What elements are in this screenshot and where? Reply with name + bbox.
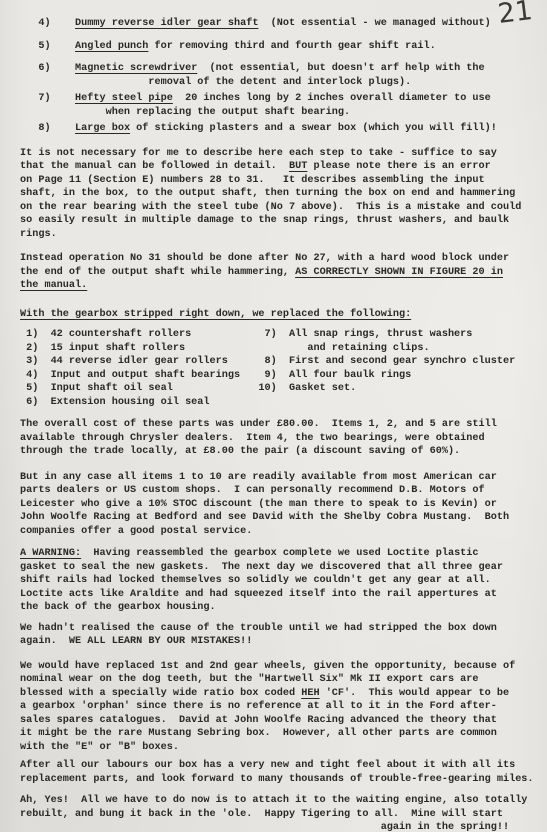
text-segment: through the trade locally, at £8.00 the …: [20, 446, 460, 457]
text-segment: Having reassembled the gearbox complete …: [81, 548, 478, 559]
text-line: It is not necessary for me to describe h…: [20, 147, 547, 161]
text-segment: nominal wear on the dog teeth, but the "…: [20, 674, 479, 685]
text-line: 5) Input shaft oil seal 10) Gasket set.: [20, 382, 547, 396]
paragraph-closing: Ah, Yes! All we have to do now is to att…: [20, 794, 547, 832]
text-segment: replacement parts, and look forward to m…: [20, 774, 534, 785]
text-segment: 1) 42 countershaft rollers 7) All snap r…: [20, 329, 472, 340]
text-segment: again in the spring!!: [20, 822, 509, 832]
text-segment: We hadn't realised the cause of the trou…: [20, 623, 497, 634]
text-segment: companies offer a good postal service.: [20, 526, 252, 537]
text-line: again in the spring!!: [20, 821, 547, 832]
text-segment: gasket to seal the new gaskets. The next…: [20, 562, 503, 573]
text-line: 5) Angled punch for removing third and f…: [20, 40, 547, 54]
text-segment: Loctite acts like Araldite and had squee…: [20, 589, 497, 600]
text-line: removal of the detent and interlock plug…: [20, 76, 547, 90]
section-heading-replaced: With the gearbox stripped right down, we…: [20, 308, 547, 322]
text-segment: a gearbox 'orphan' since there is no ref…: [20, 701, 497, 712]
text-segment: for removing third and fourth gear shift…: [148, 41, 435, 52]
text-segment: 8): [20, 123, 75, 134]
text-line: With the gearbox stripped right down, we…: [20, 308, 547, 322]
text-segment: parts dealers or US custom shops. I can …: [20, 485, 485, 496]
text-segment: It is not necessary for me to describe h…: [20, 148, 497, 159]
text-segment: 5) Input shaft oil seal 10) Gasket set.: [20, 383, 356, 394]
text-segment: 6) Extension housing oil seal: [20, 397, 210, 408]
text-line: the back of the gearbox housing.: [20, 601, 547, 615]
text-line: gasket to seal the new gaskets. The next…: [20, 561, 547, 575]
text-line: 8) Large box of sticking plasters and a …: [20, 122, 547, 136]
handwritten-page-number: 21: [496, 0, 534, 30]
text-line: rebuilt, and bung it back in the 'ole. H…: [20, 808, 547, 822]
text-segment: 7): [20, 93, 75, 104]
text-segment: After all our labours our box has a very…: [20, 760, 515, 771]
tools-list: 4) Dummy reverse idler gear shaft (Not e…: [20, 17, 547, 136]
text-line: sales spares catalogues. David at John W…: [20, 714, 547, 728]
text-segment: rings.: [20, 229, 57, 240]
text-segment: 2) 15 input shaft rollers and retaining …: [20, 343, 430, 354]
text-line: Loctite acts like Araldite and had squee…: [20, 588, 547, 602]
text-segment: of sticking plasters and a swear box (wh…: [130, 123, 497, 134]
text-line: We hadn't realised the cause of the trou…: [20, 622, 547, 636]
text-line: replacement parts, and look forward to m…: [20, 773, 547, 787]
paragraph-labours: After all our labours our box has a very…: [20, 759, 547, 786]
text-segment: (not essential, but doesn't arf help wit…: [197, 63, 484, 74]
text-segment: the back of the gearbox housing.: [20, 602, 216, 613]
text-segment: 20 inches long by 2 inches overall diame…: [173, 93, 491, 104]
text-segment: The overall cost of these parts was unde…: [20, 419, 497, 430]
text-line: shaft, in the box, to the output shaft, …: [20, 187, 547, 201]
text-segment: 6): [20, 63, 75, 74]
text-line: After all our labours our box has a very…: [20, 759, 547, 773]
text-line: companies offer a good postal service.: [20, 525, 547, 539]
text-line: on the rear bearing with the steel tube …: [20, 201, 547, 215]
text-segment: Leicester who give a 10% STOC discount (…: [20, 499, 497, 510]
underlined-text: Dummy reverse idler gear shaft: [75, 18, 258, 29]
text-line: 4) Dummy reverse idler gear shaft (Not e…: [20, 17, 547, 31]
text-line: when replacing the output shaft bearing.: [20, 106, 547, 120]
text-segment: 'CF'. This would appear to be: [320, 688, 510, 699]
text-line: the end of the output shaft while hammer…: [20, 266, 547, 280]
paragraph-suppliers: But in any case all items 1 to 10 are re…: [20, 471, 547, 539]
text-line: 4) Input and output shaft bearings 9) Al…: [20, 369, 547, 383]
paragraph-hartwell-six: We would have replaced 1st and 2nd gear …: [20, 660, 547, 755]
text-segment: shift rails had locked themselves so sol…: [20, 575, 491, 586]
text-segment: shaft, in the box, to the output shaft, …: [20, 188, 515, 199]
text-segment: available through Chrysler dealers. Item…: [20, 433, 485, 444]
document-page: 21 4) Dummy reverse idler gear shaft (No…: [0, 0, 547, 832]
paragraph-manual-error: It is not necessary for me to describe h…: [20, 147, 547, 242]
text-line: Ah, Yes! All we have to do now is to att…: [20, 794, 547, 808]
text-line: a gearbox 'orphan' since there is no ref…: [20, 700, 547, 714]
text-segment: on the rear bearing with the steel tube …: [20, 202, 521, 213]
text-line: 6) Extension housing oil seal: [20, 396, 547, 410]
text-segment: (Not essential - we managed without): [258, 18, 490, 29]
underlined-text: Large box: [75, 123, 130, 134]
text-line: Instead operation No 31 should be done a…: [20, 252, 547, 266]
text-line: rings.: [20, 228, 547, 242]
text-line: it might be the rare Mustang Sebring box…: [20, 727, 547, 741]
text-segment: again. WE ALL LEARN BY OUR MISTAKES!!: [20, 636, 252, 647]
text-segment: 4): [20, 18, 75, 29]
underlined-text: Angled punch: [75, 41, 148, 52]
text-line: John Woolfe Racing at Bedford and see Da…: [20, 511, 547, 525]
text-line: 3) 44 reverse idler gear rollers 8) Firs…: [20, 355, 547, 369]
underlined-text: A WARNING:: [20, 548, 81, 559]
text-line: on Page 11 (Section E) numbers 28 to 31.…: [20, 174, 547, 188]
text-line: available through Chrysler dealers. Item…: [20, 432, 547, 446]
paragraph-warning: A WARNING: Having reassembled the gearbo…: [20, 547, 547, 615]
text-segment: Ah, Yes! All we have to do now is to att…: [20, 795, 527, 806]
text-line: shift rails had locked themselves so sol…: [20, 574, 547, 588]
underlined-text: Magnetic screwdriver: [75, 63, 197, 74]
text-segment: 5): [20, 41, 75, 52]
text-line: with the "E" or "B" boxes.: [20, 741, 547, 755]
underlined-text: Hefty steel pipe: [75, 93, 173, 104]
text-segment: so easily result in multiple damage to t…: [20, 215, 509, 226]
text-segment: Instead operation No 31 should be done a…: [20, 253, 509, 264]
paragraph-cost: The overall cost of these parts was unde…: [20, 418, 547, 459]
paragraph-mistakes: We hadn't realised the cause of the trou…: [20, 622, 547, 649]
underlined-text: BUT: [289, 161, 307, 172]
text-line: the manual.: [20, 279, 547, 293]
text-line: The overall cost of these parts was unde…: [20, 418, 547, 432]
text-segment: removal of the detent and interlock plug…: [20, 77, 411, 88]
text-line: through the trade locally, at £8.00 the …: [20, 445, 547, 459]
text-segment: blessed with a specially wide ratio box …: [20, 688, 301, 699]
text-segment: when replacing the output shaft bearing.: [20, 107, 350, 118]
text-segment: it might be the rare Mustang Sebring box…: [20, 728, 497, 739]
underlined-text: HEH: [301, 688, 319, 699]
text-line: again. WE ALL LEARN BY OUR MISTAKES!!: [20, 635, 547, 649]
text-segment: on Page 11 (Section E) numbers 28 to 31.…: [20, 175, 485, 186]
text-segment: that the manual can be followed in detai…: [20, 161, 289, 172]
text-segment: But in any case all items 1 to 10 are re…: [20, 472, 497, 483]
text-line: 2) 15 input shaft rollers and retaining …: [20, 342, 547, 356]
underlined-text: With the gearbox stripped right down, we…: [20, 309, 411, 320]
text-segment: John Woolfe Racing at Bedford and see Da…: [20, 512, 509, 523]
text-line: nominal wear on the dog teeth, but the "…: [20, 673, 547, 687]
text-segment: with the "E" or "B" boxes.: [20, 742, 179, 753]
underlined-text: the manual.: [20, 280, 87, 291]
replaced-parts-list: 1) 42 countershaft rollers 7) All snap r…: [20, 328, 547, 409]
text-line: Leicester who give a 10% STOC discount (…: [20, 498, 547, 512]
text-line: 1) 42 countershaft rollers 7) All snap r…: [20, 328, 547, 342]
paragraph-instead: Instead operation No 31 should be done a…: [20, 252, 547, 293]
text-line: We would have replaced 1st and 2nd gear …: [20, 660, 547, 674]
text-segment: rebuilt, and bung it back in the 'ole. H…: [20, 809, 503, 820]
text-segment: the end of the output shaft while hammer…: [20, 267, 295, 278]
text-line: But in any case all items 1 to 10 are re…: [20, 471, 547, 485]
text-line: blessed with a specially wide ratio box …: [20, 687, 547, 701]
text-segment: 4) Input and output shaft bearings 9) Al…: [20, 370, 411, 381]
text-segment: We would have replaced 1st and 2nd gear …: [20, 661, 515, 672]
text-segment: please note there is an error: [307, 161, 490, 172]
text-segment: 3) 44 reverse idler gear rollers 8) Firs…: [20, 356, 515, 367]
text-line: parts dealers or US custom shops. I can …: [20, 484, 547, 498]
underlined-text: AS CORRECTLY SHOWN IN FIGURE 20 in: [295, 267, 503, 278]
text-line: A WARNING: Having reassembled the gearbo…: [20, 547, 547, 561]
text-segment: sales spares catalogues. David at John W…: [20, 715, 497, 726]
text-line: 7) Hefty steel pipe 20 inches long by 2 …: [20, 92, 547, 106]
text-line: so easily result in multiple damage to t…: [20, 214, 547, 228]
text-line: that the manual can be followed in detai…: [20, 160, 547, 174]
text-line: 6) Magnetic screwdriver (not essential, …: [20, 62, 547, 76]
